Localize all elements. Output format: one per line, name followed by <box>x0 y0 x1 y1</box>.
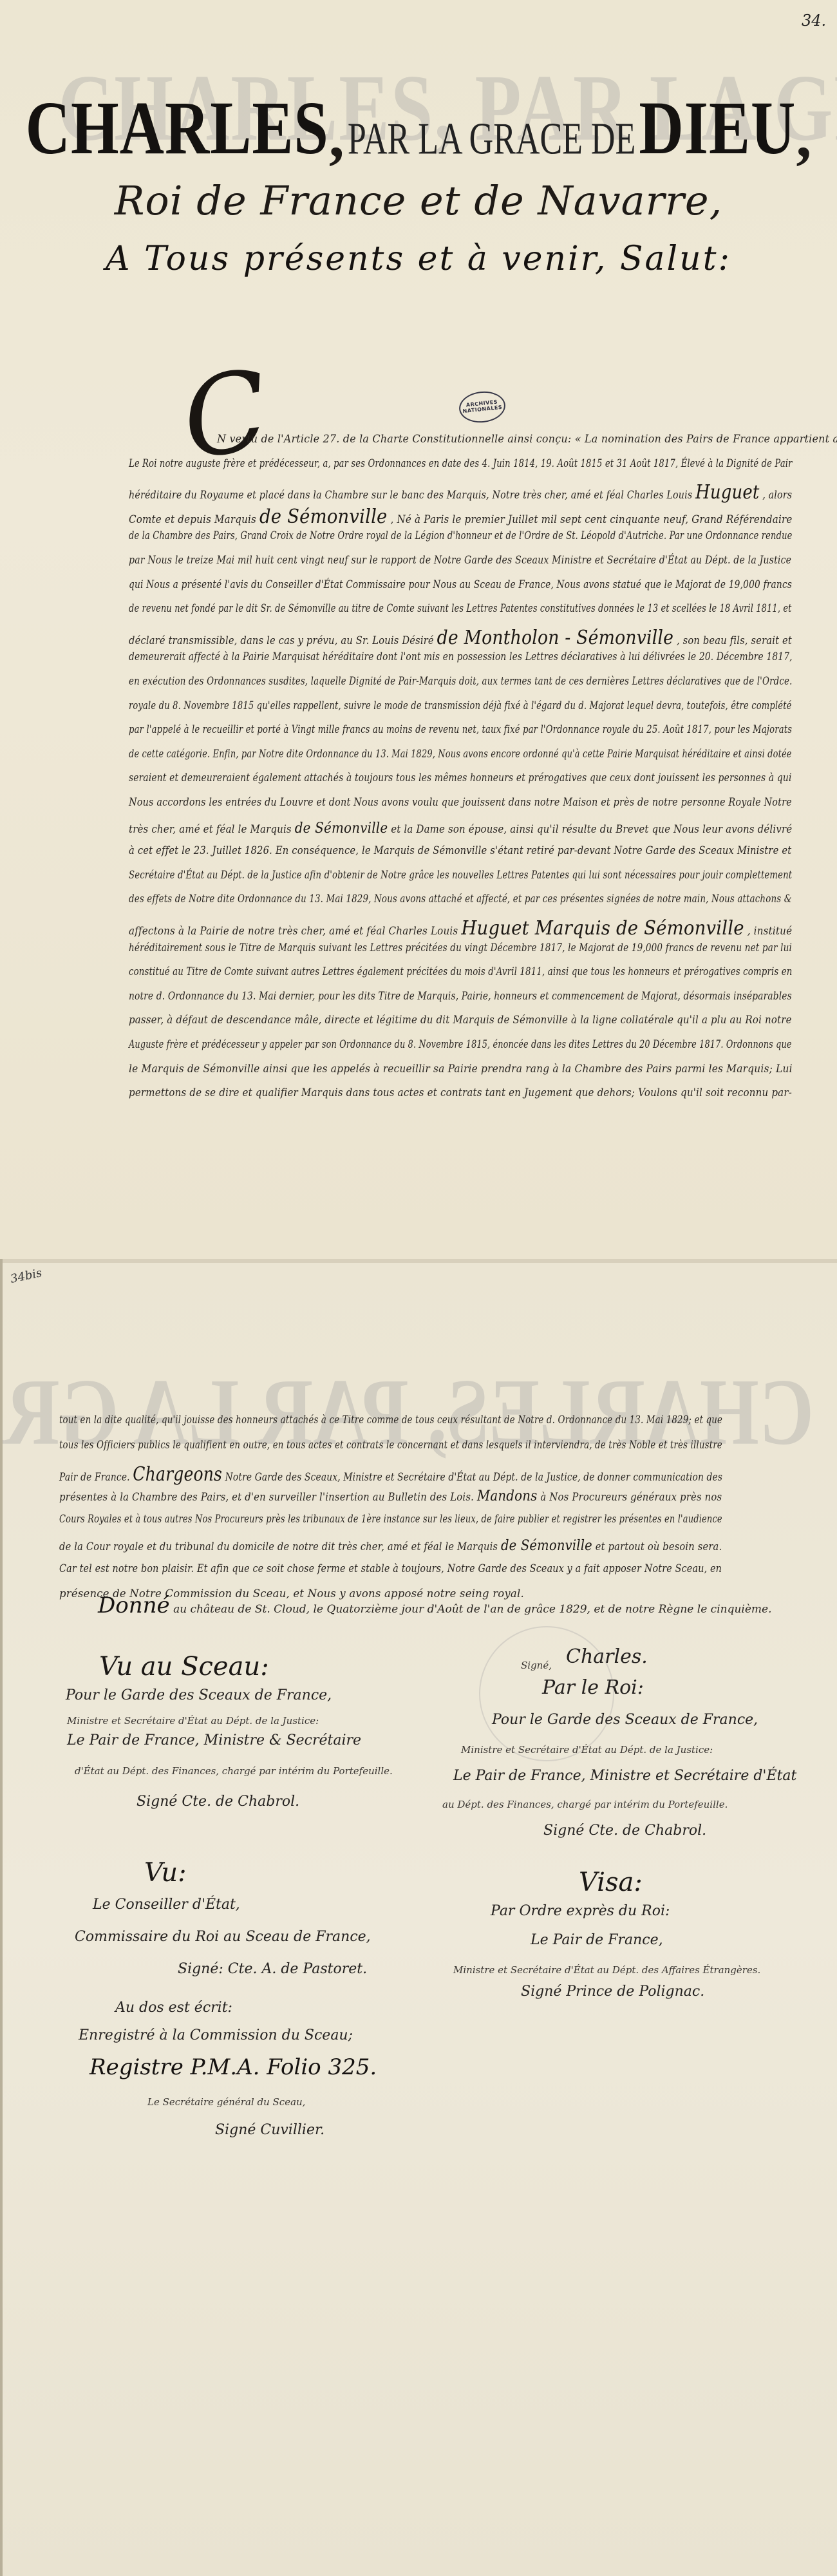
signature-cuvillier: Signé Cuvillier. <box>215 2122 324 2138</box>
royal-subtitle: Roi de France et de Navarre, <box>0 177 837 224</box>
line-text: , son beau fils, serait et <box>677 634 792 647</box>
emphasized-name: de Sémonville <box>295 820 388 837</box>
folio-number: 34. <box>802 12 826 30</box>
document-page-2: CHARLES, PAR LA GRACE DE DIEU, 34bis tou… <box>0 1259 837 2576</box>
given-at-clause: Donné au château de St. Cloud, le Quator… <box>98 1593 772 1618</box>
conseiller-etat: Le Conseiller d'État, <box>93 1897 240 1913</box>
pair-de-france: Le Pair de France, <box>531 1932 663 1948</box>
text-line: de la Chambre des Pairs, Grand Croix de … <box>129 529 793 542</box>
emphasized-name: de Sémonville <box>501 1538 592 1554</box>
emphasized-name: Huguet Marquis de Sémonville <box>461 917 744 940</box>
text-line: constitué au Titre de Comte suivant autr… <box>129 965 793 978</box>
emphasized-name: Chargeons <box>133 1463 222 1486</box>
text-line: en exécution des Ordonnances susdites, l… <box>129 675 793 687</box>
au-dos-est-ecrit: Au dos est écrit: <box>115 2000 232 2016</box>
text-line: N vertu de l'Article 27. de la Charte Co… <box>217 433 837 445</box>
signature-chabrol-left: Signé Cte. de Chabrol. <box>136 1794 299 1810</box>
line-text: affectons à la Pairie de notre très cher… <box>129 925 458 937</box>
text-line: Auguste frère et prédécesseur y appeler … <box>129 1038 792 1050</box>
vu: Vu: <box>144 1858 187 1888</box>
text-line: héréditaire du Royaume et placé dans la … <box>129 481 792 504</box>
text-line: Le Roi notre auguste frère et prédécesse… <box>129 457 793 469</box>
text-line: demeurerait affecté à la Pairie Marquisa… <box>129 650 793 663</box>
pair-ministre-left: Le Pair de France, Ministre & Secrétaire <box>67 1732 361 1748</box>
text-line: seraient et demeureraient également atta… <box>129 772 792 784</box>
ministre-justice-left: Ministre et Secrétaire d'État au Dépt. d… <box>67 1715 319 1727</box>
line-text: à Nos Procureurs généraux près nos <box>540 1491 722 1503</box>
signature-pastoret: Signé: Cte. A. de Pastoret. <box>178 1961 367 1977</box>
text-line: très cher, amé et féal le Marquis de Sém… <box>129 820 792 837</box>
pour-garde-left: Pour le Garde des Sceaux de France, <box>66 1687 332 1703</box>
bleed-through-heading: CHARLES, PAR LA GRACE DE DIEU, <box>41 1358 814 1467</box>
text-line: à cet effet le 23. Juillet 1826. En cons… <box>129 844 791 857</box>
line-text: Comte et depuis Marquis <box>129 513 256 526</box>
text-line: Cours Royales et à tous autres Nos Procu… <box>59 1513 722 1525</box>
line-text: présentes à la Chambre des Pairs, et d'e… <box>59 1491 474 1503</box>
text-line: Car tel est notre bon plaisir. Et afin q… <box>59 1562 722 1575</box>
line-text: , Né à Paris le premier Juillet mil sept… <box>391 513 793 526</box>
text-line: par l'appelé à le recueillir et porté à … <box>129 723 792 735</box>
line-text: héréditaire du Royaume et placé dans la … <box>129 489 692 501</box>
text-line: Comte et depuis Marquis de Sémonville , … <box>129 506 793 528</box>
emphasized-name: Mandons <box>477 1488 538 1504</box>
folio-number: 34bis <box>9 1266 43 1286</box>
donne-text: au château de St. Cloud, le Quatorzième … <box>173 1603 771 1616</box>
emphasized-name: de Sémonville <box>259 506 388 528</box>
signature-polignac: Signé Prince de Polignac. <box>521 1984 704 2000</box>
pair-ministre-right: Le Pair de France, Ministre et Secrétair… <box>453 1768 796 1784</box>
registre-folio: Registre P.M.A. Folio 325. <box>89 2054 377 2080</box>
line-text: et la Dame son épouse, ainsi qu'il résul… <box>391 823 792 835</box>
text-line: tout en la dite qualité, qu'il jouisse d… <box>59 1414 722 1426</box>
text-line: de revenu net fondé par le dit Sr. de Sé… <box>129 602 792 614</box>
text-line: Secrétaire d'État au Dépt. de la Justice… <box>129 869 792 881</box>
text-line: permettons de se dire et qualifier Marqu… <box>129 1086 792 1099</box>
text-line: qui Nous a présenté l'avis du Conseiller… <box>129 578 792 591</box>
ministre-justice-right: Ministre et Secrétaire d'État au Dépt. d… <box>461 1744 713 1756</box>
salutation: A Tous présents et à venir, Salut: <box>0 240 837 278</box>
royal-heading: CHARLES, PAR LA GRACE DE DIEU, <box>0 100 837 171</box>
line-text: très cher, amé et féal le Marquis <box>129 823 292 835</box>
commissaire-sceau: Commissaire du Roi au Sceau de France, <box>75 1929 371 1945</box>
document-page-1: CHARLES, PAR LA GRACE DE DIEU, 34. CHARL… <box>0 0 837 1259</box>
ministre-affaires-etrangeres: Ministre et Secrétaire d'État au Dépt. d… <box>453 1964 760 1976</box>
line-text: Pair de France. <box>59 1471 130 1483</box>
heading-par-la-grace-de: PAR LA GRACE DE <box>348 113 635 165</box>
text-line: notre d. Ordonnance du 13. Mai dernier, … <box>129 990 792 1002</box>
enregistre-commission: Enregistré à la Commission du Sceau; <box>79 2027 353 2043</box>
finances-right: au Dépt. des Finances, chargé par intéri… <box>442 1799 728 1810</box>
secretaire-general: Le Secrétaire général du Sceau, <box>147 2096 305 2108</box>
emphasized-name: Huguet <box>695 481 759 504</box>
finances-left: d'État au Dépt. des Finances, chargé par… <box>75 1765 393 1777</box>
text-line: affectons à la Pairie de notre très cher… <box>129 917 792 940</box>
par-ordre-expres: Par Ordre exprès du Roi: <box>491 1903 670 1919</box>
text-line: passer, à défaut de descendance mâle, di… <box>129 1014 792 1026</box>
royal-signature-charles: Charles. <box>566 1645 648 1668</box>
text-line: de cette catégorie. Enfin, par Notre dit… <box>129 748 792 760</box>
line-text: Notre Garde des Sceaux, Ministre et Secr… <box>225 1471 722 1483</box>
par-le-roi: Par le Roi: <box>542 1676 644 1699</box>
pour-garde-right: Pour le Garde des Sceaux de France, <box>492 1712 758 1728</box>
text-line: des effets de Notre dite Ordonnance du 1… <box>129 893 792 905</box>
text-line: Nous accordons les entrées du Louvre et … <box>129 796 792 808</box>
archives-nationales-stamp: ARCHIVES NATIONALES <box>458 389 507 424</box>
text-line: Pair de France. Chargeons Notre Garde de… <box>59 1463 722 1486</box>
text-line: présentes à la Chambre des Pairs, et d'e… <box>59 1488 722 1504</box>
donne-word: Donné <box>98 1593 170 1618</box>
text-line: héréditairement sous le Titre de Marquis… <box>129 942 792 954</box>
text-line: de la Cour royale et du tribunal du domi… <box>59 1538 722 1554</box>
heading-comma: , <box>796 101 811 170</box>
heading-comma: , <box>329 101 344 170</box>
visa: Visa: <box>579 1868 643 1897</box>
text-line: royale du 8. Novembre 1815 qu'elles rapp… <box>129 699 792 712</box>
heading-dieu: DIEU <box>639 84 796 171</box>
text-line: par Nous le treize Mai mil huit cent vin… <box>129 554 791 566</box>
line-text: et partout où besoin sera. <box>596 1540 722 1553</box>
line-text: , institué <box>748 925 793 937</box>
emphasized-name: de Montholon - Sémonville <box>437 627 673 649</box>
text-line: le Marquis de Sémonville ainsi que les a… <box>129 1063 793 1075</box>
text-line: tous les Officiers publics le qualifient… <box>59 1439 722 1451</box>
text-line: déclaré transmissible, dans le cas y pré… <box>129 627 792 649</box>
line-text: déclaré transmissible, dans le cas y pré… <box>129 634 434 647</box>
line-text: , alors <box>762 489 792 501</box>
signature-chabrol-right: Signé Cte. de Chabrol. <box>543 1823 706 1839</box>
vu-au-sceau: Vu au Sceau: <box>99 1652 269 1681</box>
heading-charles: CHARLES <box>26 84 329 171</box>
signe-label: Signé, <box>521 1660 552 1671</box>
line-text: de la Cour royale et du tribunal du domi… <box>59 1540 498 1553</box>
